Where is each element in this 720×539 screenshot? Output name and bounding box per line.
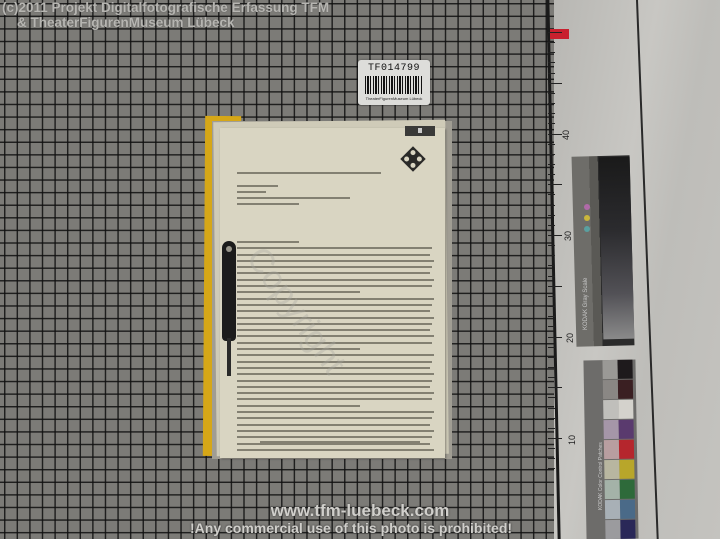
inventory-id: TF014799 bbox=[358, 63, 430, 74]
tab-mark bbox=[418, 128, 422, 133]
color-patch bbox=[618, 380, 633, 399]
color-patch bbox=[620, 480, 635, 499]
tint-patch bbox=[602, 360, 617, 379]
color-patch bbox=[619, 460, 634, 479]
color-patch bbox=[618, 420, 633, 439]
color-patch bbox=[617, 360, 632, 379]
photo-scene: 40302010 Copyright TF014799 TheaterFigur… bbox=[0, 0, 720, 539]
inventory-label: TF014799 TheaterFigurenMuseum Lübeck bbox=[358, 60, 430, 105]
ruler-label: 40 bbox=[561, 130, 571, 140]
file-fastener bbox=[222, 241, 236, 341]
letter-footer-text bbox=[260, 441, 420, 447]
ruler-label: 20 bbox=[565, 333, 575, 343]
color-control-label: KODAK Color Control Patches bbox=[598, 442, 604, 510]
fastener-hole bbox=[226, 246, 232, 252]
label-caption: TheaterFigurenMuseum Lübeck bbox=[361, 96, 427, 101]
website-watermark: www.tfm-luebeck.com bbox=[0, 501, 720, 521]
tint-patch bbox=[604, 440, 619, 459]
cyan-dot-icon bbox=[584, 226, 590, 232]
website-url: www.tfm-luebeck.com bbox=[271, 501, 450, 520]
tint-patch bbox=[605, 520, 620, 539]
tint-patch bbox=[604, 460, 619, 479]
color-patch bbox=[619, 440, 634, 459]
tint-patch bbox=[603, 380, 618, 399]
tint-patch bbox=[605, 480, 620, 499]
usage-notice: !Any commercial use of this photo is pro… bbox=[190, 520, 512, 536]
letter-header-text bbox=[237, 172, 442, 210]
fastener-tail bbox=[227, 338, 231, 376]
yellow-dot-icon bbox=[584, 215, 590, 221]
barcode bbox=[365, 76, 423, 94]
ruler-label: 10 bbox=[567, 435, 577, 445]
gray-scale-label: KODAK Gray Scale bbox=[583, 278, 589, 330]
copyright-watermark: (c)2011 Projekt Digitalfotografische Erf… bbox=[2, 0, 329, 30]
tint-patch bbox=[603, 420, 618, 439]
tint-patch bbox=[603, 400, 618, 419]
copyright-line-1: (c)2011 Projekt Digitalfotografische Erf… bbox=[2, 0, 329, 15]
color-patch bbox=[618, 400, 633, 419]
color-patch bbox=[620, 520, 635, 539]
gray-scale-steps bbox=[599, 157, 635, 340]
magenta-dot-icon bbox=[584, 204, 590, 210]
ruler-label: 30 bbox=[563, 231, 573, 241]
copyright-line-2: & TheaterFigurenMuseum Lübeck bbox=[2, 15, 329, 30]
